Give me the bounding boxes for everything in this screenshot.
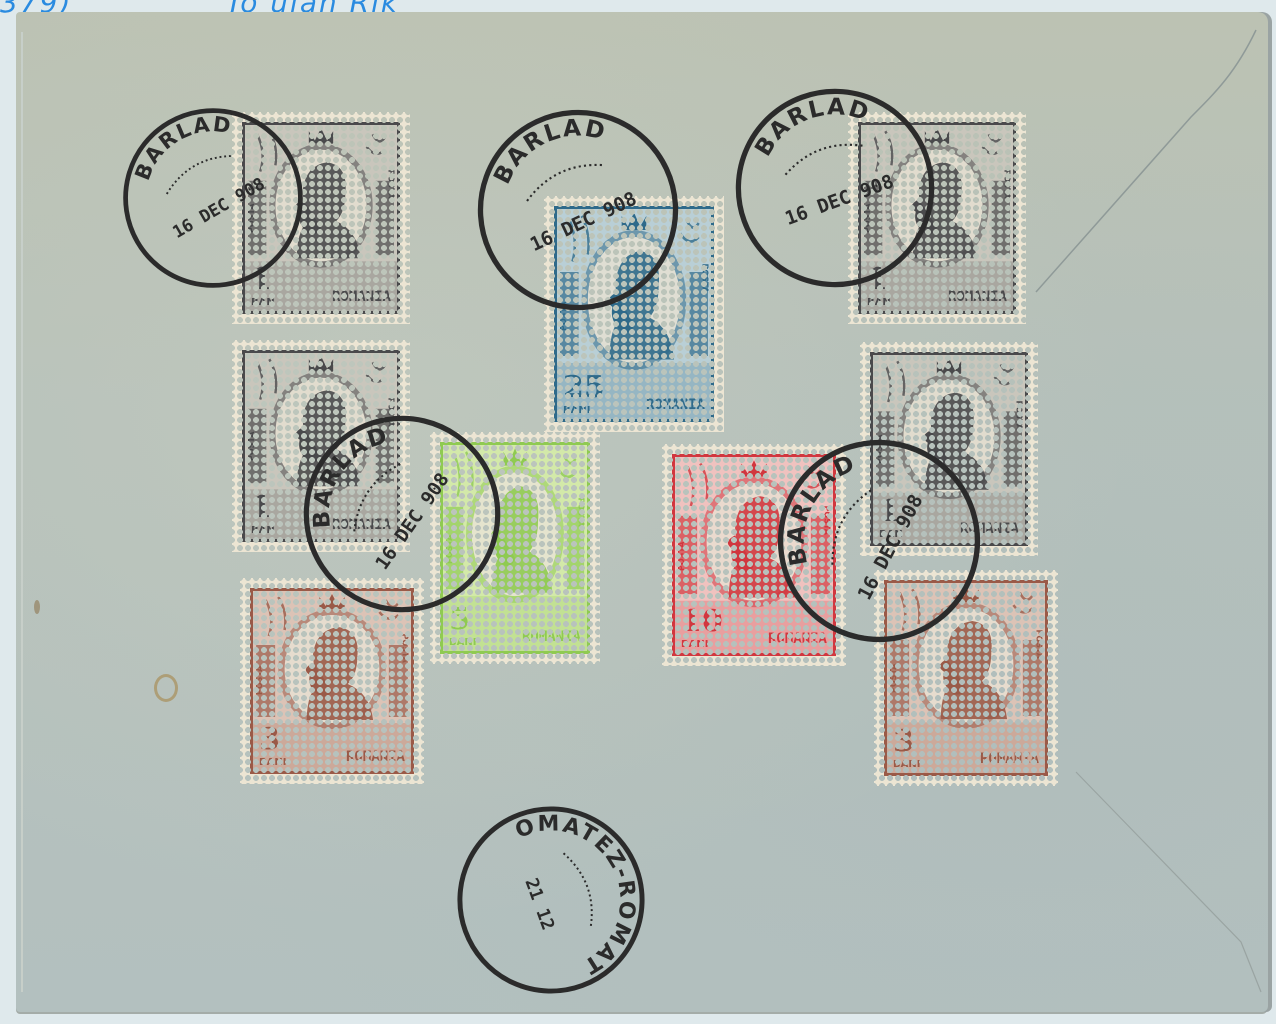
stamp-posta-text: POSTA — [889, 664, 898, 693]
stamp-denomination: 10 — [681, 607, 723, 637]
stamp-unit: BAN — [867, 297, 891, 308]
stamp-unit: BAN — [879, 529, 903, 540]
stamp-posta-text: POSTA — [386, 170, 395, 199]
postage-stamp-1-ban: POSTA POSTA 1 BAN ROMANIA — [232, 340, 410, 552]
stamp-posta-text: POSTA — [875, 435, 884, 464]
stamp-unit: BAN — [251, 525, 275, 536]
postage-stamp-3-bani: POSTA POSTA 3 BANI ROMANIA — [240, 578, 424, 784]
postage-stamp-1-ban: POSTA POSTA 1 BAN ROMANIA — [860, 342, 1038, 556]
stamp-country: ROMANIA — [522, 629, 581, 645]
stamp-posta-text: POSTA — [822, 506, 831, 535]
postage-stamp-10-bani: POSTA POSTA 10 BANI ROMANIA — [662, 444, 846, 666]
stamp-denomination: 1 — [867, 265, 888, 295]
stamp-denomination: 3 — [259, 725, 280, 755]
stamp-country: ROMANIA — [346, 749, 405, 765]
stamp-country: ROMANIA — [948, 289, 1007, 305]
stamp-denomination: 3 — [893, 727, 914, 757]
postage-stamp-1-ban: POSTA POSTA 1 BAN ROMANIA — [848, 112, 1026, 324]
stamp-country: ROMANIA — [332, 289, 391, 305]
stamp-posta-text: POSTA — [1014, 401, 1023, 430]
stamp-posta-text: POSTA — [677, 541, 686, 570]
postage-stamp-25-bani: POSTA POSTA 25 BANI ROMANIA — [544, 196, 724, 432]
stamp-country: ROMANIA — [768, 631, 827, 647]
postage-stamp-3-bani: POSTA POSTA 3 BANI ROMANIA — [874, 570, 1058, 786]
stamp-posta-text: POSTA — [863, 203, 872, 232]
stamp-denomination: 1 — [251, 265, 272, 295]
stamp-posta-text: POSTA — [386, 398, 395, 427]
envelope-back — [16, 12, 1268, 1012]
stamp-unit: BANI — [681, 639, 708, 650]
stamp-posta-text: POSTA — [445, 535, 454, 564]
stamp-denomination: 5 — [449, 605, 470, 635]
stamp-country: ROMANIA — [960, 521, 1019, 537]
stamp-posta-text: POSTA — [576, 498, 585, 527]
stamp-posta-text: POSTA — [247, 431, 256, 460]
stamp-unit: BAN — [251, 297, 275, 308]
stamp-posta-text: POSTA — [559, 301, 568, 330]
stain-mark — [154, 674, 178, 702]
stamp-country: ROMANIA — [646, 397, 705, 413]
stamp-posta-text: POSTA — [247, 203, 256, 232]
stamp-posta-text: POSTA — [1034, 630, 1043, 659]
envelope-flap-fold — [16, 12, 1268, 1012]
stamp-unit: BANI — [449, 637, 476, 648]
stamp-posta-text: POSTA — [255, 666, 264, 695]
stamp-posta-text: POSTA — [1002, 170, 1011, 199]
stamp-country: ROMANIA — [332, 517, 391, 533]
stamp-unit: BANI — [259, 757, 286, 768]
stamp-denomination: 1 — [251, 493, 272, 523]
stamp-posta-text: POSTA — [700, 264, 709, 293]
stamp-unit: BANI — [893, 759, 920, 770]
stamp-country: ROMANIA — [980, 751, 1039, 767]
stain-mark — [34, 600, 40, 614]
postage-stamp-5-bani: POSTA POSTA 5 BANI ROMANIA — [430, 432, 600, 664]
stamp-denomination: 25 — [563, 373, 605, 403]
postage-stamp-1-ban: POSTA POSTA 1 BAN ROMANIA — [232, 112, 410, 324]
stamp-posta-text: POSTA — [400, 634, 409, 663]
stamp-denomination: 1 — [879, 497, 900, 527]
stamp-unit: BANI — [563, 405, 590, 416]
